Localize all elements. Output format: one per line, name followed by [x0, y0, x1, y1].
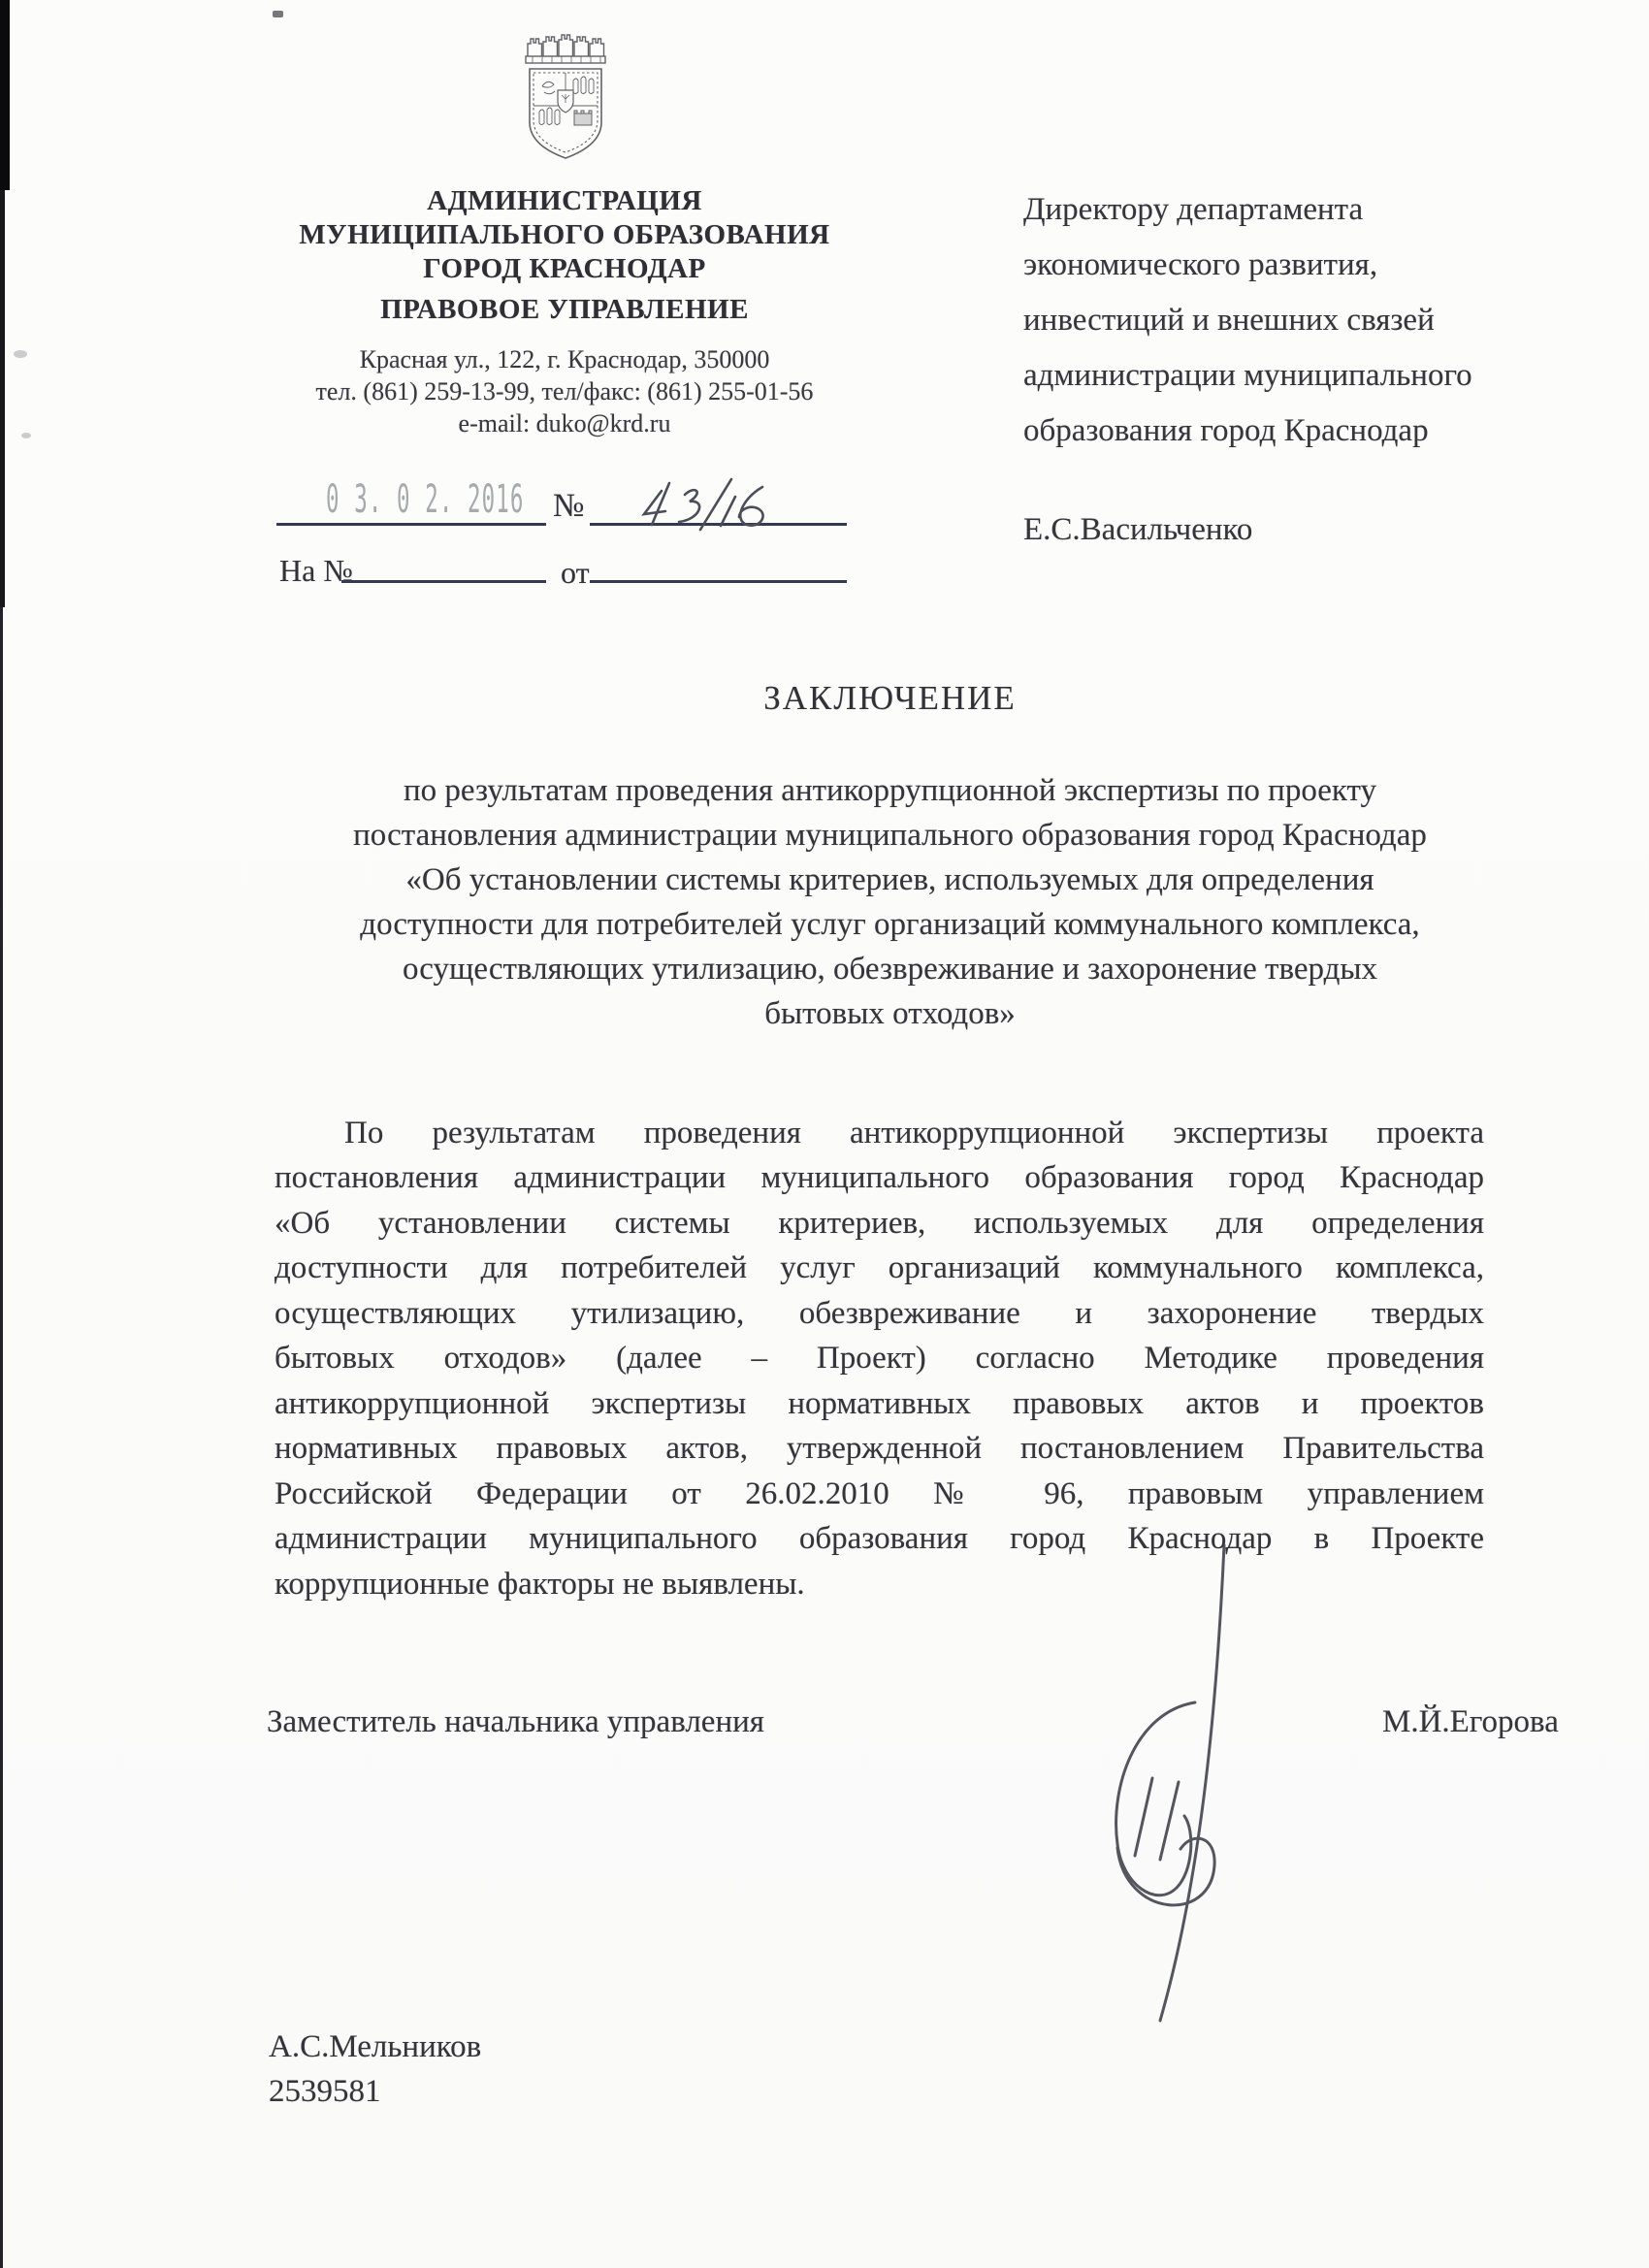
reply-number-underline — [341, 580, 546, 583]
handwritten-signature — [1067, 1528, 1329, 2032]
scan-edge-artifact-top — [0, 0, 10, 190]
addressee-line: образования город Краснодар — [1023, 413, 1586, 449]
executor-phone: 2539581 — [269, 2074, 381, 2110]
scan-smudge — [14, 350, 27, 358]
body-line: Российской Федерации от 26.02.2010 № 96,… — [275, 1476, 1484, 1512]
body-line: осуществляющих утилизацию, обезвреживани… — [275, 1296, 1484, 1332]
body-line: «Об установлении системы критериев, испо… — [275, 1206, 1484, 1242]
letterhead-phone: тел. (861) 259-13-99, тел/факс: (861) 25… — [223, 377, 906, 406]
letterhead-org-line: МУНИЦИПАЛЬНОГО ОБРАЗОВАНИЯ — [223, 218, 906, 252]
body-line: антикоррупционной экспертизы нормативных… — [275, 1386, 1484, 1422]
scan-speck — [273, 11, 283, 17]
letterhead-org-line: ГОРОД КРАСНОДАР — [223, 252, 906, 286]
krasnodar-coat-of-arms-icon — [521, 30, 610, 162]
body-line: бытовых отходов» (далее – Проект) соглас… — [275, 1341, 1484, 1377]
reply-date-label: от — [561, 555, 590, 591]
scan-edge-artifact-bottom — [0, 607, 3, 2268]
handwritten-outgoing-number: 43/16 — [632, 473, 797, 532]
signer-name: М.Й.Егорова — [1382, 1704, 1559, 1740]
letterhead-address: Красная ул., 122, г. Краснодар, 350000 — [223, 345, 906, 374]
subtitle-line: постановления администрации муниципально… — [291, 818, 1489, 854]
addressee-line: экономического развития, — [1023, 247, 1586, 283]
body-line: По результатам проведения антикоррупцион… — [275, 1116, 1484, 1151]
addressee-line: Директору департамента — [1023, 192, 1586, 228]
scan-smudge — [21, 433, 31, 438]
letterhead-email: e-mail: duko@krd.ru — [223, 409, 906, 438]
reply-number-label: На № — [279, 553, 353, 589]
addressee-line: инвестиций и внешних связей — [1023, 303, 1586, 339]
addressee-line: администрации муниципального — [1023, 358, 1586, 394]
addressee-name: Е.С.Васильченко — [1023, 512, 1586, 548]
scan-edge-artifact-mid — [0, 190, 5, 607]
signer-position: Заместитель начальника управления — [267, 1704, 764, 1740]
document-title: ЗАКЛЮЧЕНИЕ — [291, 679, 1489, 718]
executor-name: А.С.Мельников — [269, 2029, 481, 2065]
date-underline — [276, 523, 546, 526]
subtitle-line: по результатам проведения антикоррупцион… — [291, 773, 1489, 809]
subtitle-line: «Об установлении системы критериев, испо… — [291, 862, 1489, 898]
subtitle-line: доступности для потребителей услуг орган… — [291, 907, 1489, 943]
reply-date-underline — [590, 580, 847, 583]
subtitle-line: бытовых отходов» — [291, 996, 1489, 1032]
number-sign-label: № — [553, 488, 584, 525]
letterhead-department: ПРАВОВОЕ УПРАВЛЕНИЕ — [223, 294, 906, 326]
body-line: нормативных правовых актов, утвержденной… — [275, 1431, 1484, 1467]
letterhead-org-line: АДМИНИСТРАЦИЯ — [223, 184, 906, 218]
body-line: доступности для потребителей услуг орган… — [275, 1250, 1484, 1286]
date-stamp: 0 3. 0 2. 2016 — [326, 477, 524, 522]
subtitle-line: осуществляющих утилизацию, обезвреживани… — [291, 952, 1489, 988]
scanned-letter-page: АДМИНИСТРАЦИЯ МУНИЦИПАЛЬНОГО ОБРАЗОВАНИЯ… — [0, 0, 1649, 2268]
body-line: постановления администрации муниципально… — [275, 1160, 1484, 1196]
